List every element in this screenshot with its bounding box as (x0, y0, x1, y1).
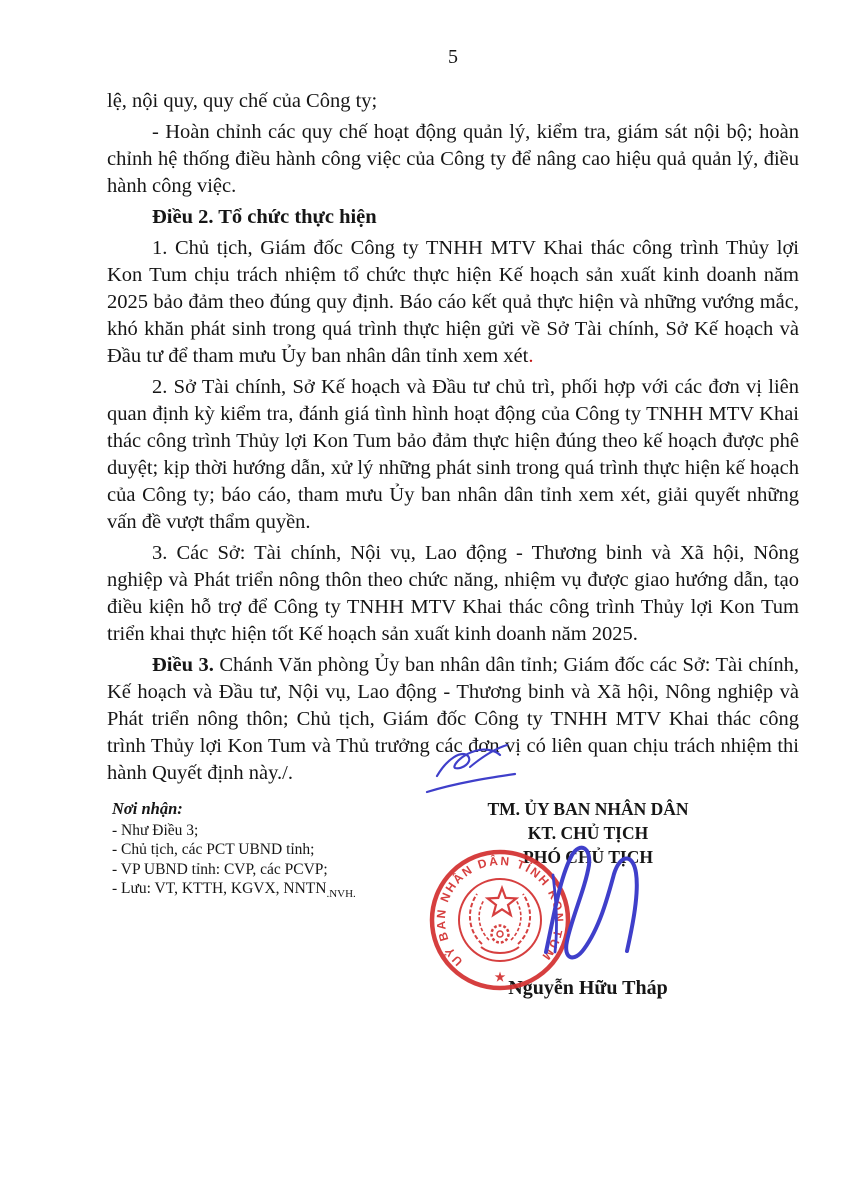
text-segment: 2. Sở Tài chính, Sở Kế hoạch và Đầu tư c… (107, 376, 799, 533)
recipient-item: - Chủ tịch, các PCT UBND tỉnh; (112, 840, 356, 860)
recipients-block: Nơi nhận: - Như Điều 3;- Chủ tịch, các P… (112, 799, 356, 905)
text-segment: lệ, nội quy, quy chế của Công ty; (107, 90, 377, 112)
text-segment: Điều 2. Tổ chức thực hiện (152, 206, 377, 228)
recipient-item: - Như Điều 3; (112, 821, 356, 841)
body-paragraph: - Hoàn chỉnh các quy chế hoạt động quản … (107, 119, 799, 200)
official-seal-icon: UỶ BAN NHÂN DÂN TỈNH KON TUM ★ (432, 852, 568, 988)
body-text: lệ, nội quy, quy chế của Công ty;- Hoàn … (107, 88, 799, 791)
text-segment: - Hoàn chỉnh các quy chế hoạt động quản … (107, 121, 799, 197)
body-paragraph: Điều 3. Chánh Văn phòng Ủy ban nhân dân … (107, 652, 799, 787)
recipient-item: - Lưu: VT, KTTH, KGVX, NNTN.NVH. (112, 879, 356, 905)
seal-arc-text: UỶ BAN NHÂN DÂN TỈNH KON TUM (434, 853, 566, 969)
signer-name: Nguyễn Hữu Tháp (438, 977, 738, 1000)
recipients-title: Nơi nhận: (112, 799, 356, 819)
page-number: 5 (107, 46, 799, 69)
recipients-list: - Như Điều 3;- Chủ tịch, các PCT UBND tỉ… (112, 821, 356, 905)
signature-kt-line: KT. CHỦ TỊCH (438, 821, 738, 845)
body-paragraph: lệ, nội quy, quy chế của Công ty; (107, 88, 799, 115)
recipient-item: - VP UBND tỉnh: CVP, các PCVP; (112, 860, 356, 880)
section-heading: Điều 2. Tổ chức thực hiện (107, 204, 799, 231)
text-segment: 1. Chủ tịch, Giám đốc Công ty TNHH MTV K… (107, 237, 799, 367)
seal-cogwheel-icon (492, 926, 509, 943)
text-segment: Điều 3. (152, 654, 214, 676)
body-paragraph: 3. Các Sở: Tài chính, Nội vụ, Lao động -… (107, 540, 799, 648)
document-page: 5 lệ, nội quy, quy chế của Công ty;- Hoà… (0, 0, 848, 1200)
signature-title-line: PHÓ CHỦ TỊCH (438, 845, 738, 869)
signature-org-line: TM. ỦY BAN NHÂN DÂN (438, 797, 738, 821)
text-segment: 3. Các Sở: Tài chính, Nội vụ, Lao động -… (107, 542, 799, 645)
body-paragraph: 2. Sở Tài chính, Sở Kế hoạch và Đầu tư c… (107, 374, 799, 536)
seal-ribbon-icon (481, 947, 519, 953)
body-paragraph: 1. Chủ tịch, Giám đốc Công ty TNHH MTV K… (107, 235, 799, 370)
text-segment: . (528, 345, 533, 367)
seal-wreath-right-icon (518, 894, 530, 944)
signature-heading: TM. ỦY BAN NHÂN DÂN KT. CHỦ TỊCH PHÓ CHỦ… (438, 797, 738, 869)
seal-wreath-left-icon (470, 894, 482, 944)
seal-emblem-star-icon (488, 888, 517, 915)
